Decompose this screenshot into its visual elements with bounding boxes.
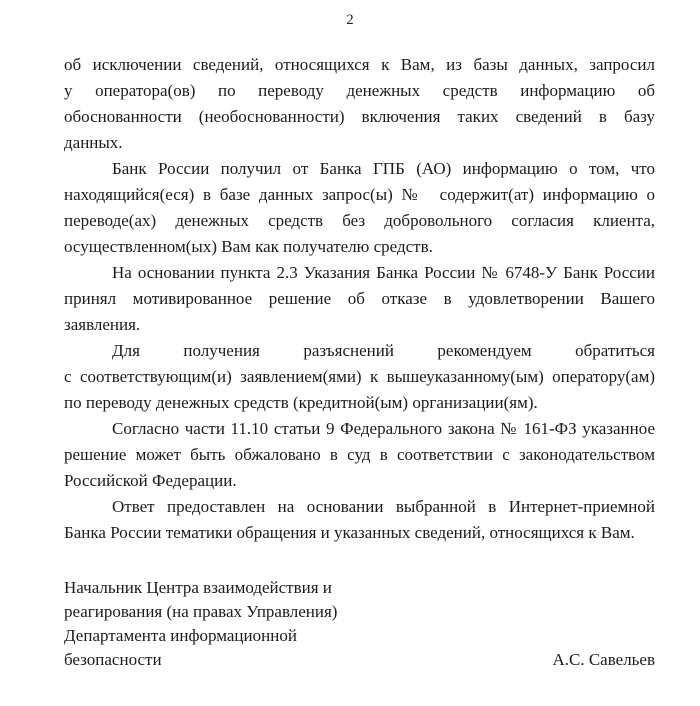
text-line: Банка России тематики обращения и указан… [64, 520, 655, 546]
text-line: Ответ предоставлен на основании выбранно… [64, 494, 655, 520]
text-line: заявления. [64, 312, 655, 338]
text-line: Российской Федерации. [64, 468, 655, 494]
text-line: находящийся(еся) в базе данных запрос(ы)… [64, 182, 655, 208]
text-line: по переводу денежных средств (кредитной(… [64, 390, 655, 416]
text-line: переводе(ах) денежных средств без добров… [64, 208, 655, 234]
signature-title-line: реагирования (на правах Управления) [64, 600, 655, 624]
signatory-name: А.С. Савельев [552, 648, 655, 672]
letter-body: об исключении сведений, относящихся к Ва… [64, 52, 655, 546]
document-page: 2 об исключении сведений, относящихся к … [0, 0, 700, 706]
signature-title-line: Департамента информационной [64, 624, 655, 648]
signature-block: Начальник Центра взаимодействия иреагиро… [64, 576, 655, 672]
text-line: данных. [64, 130, 655, 156]
text-line: осуществленном(ых) Вам как получателю ср… [64, 234, 655, 260]
page-number: 2 [0, 0, 700, 28]
text-line: Согласно части 11.10 статьи 9 Федерально… [64, 416, 655, 442]
text-line: обоснованности (необоснованности) включе… [64, 104, 655, 130]
signature-title-line: Начальник Центра взаимодействия и [64, 576, 655, 600]
text-line: с соответствующим(и) заявлением(ями) к в… [64, 364, 655, 390]
text-line: На основании пункта 2.3 Указания Банка Р… [64, 260, 655, 286]
text-line: Банк России получил от Банка ГПБ (АО) ин… [64, 156, 655, 182]
text-line: Для получения разъяснений рекомендуем об… [64, 338, 655, 364]
text-line: принял мотивированное решение об отказе … [64, 286, 655, 312]
text-line: у оператора(ов) по переводу денежных сре… [64, 78, 655, 104]
text-line: решение может быть обжаловано в суд в со… [64, 442, 655, 468]
text-line: об исключении сведений, относящихся к Ва… [64, 52, 655, 78]
